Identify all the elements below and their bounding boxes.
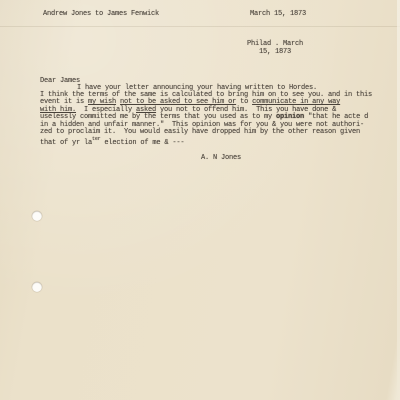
scanned-letter-page: Andrew Jones to James Fenwick March 15, … [0, 0, 400, 400]
letter-body: I have your letter announcing your havin… [40, 85, 378, 148]
catalog-header-title: Andrew Jones to James Fenwick [43, 10, 159, 18]
punch-hole-top [32, 211, 42, 221]
paper-seam-line [0, 26, 400, 27]
punch-hole-bottom [32, 282, 42, 292]
letter-body-line: that of yr later election of me & --- [40, 136, 378, 147]
letter-signature: A. N Jones [201, 154, 241, 162]
catalog-header-date: March 15, 1873 [250, 10, 306, 18]
dateline-day-year: 15, 1873 [259, 48, 291, 56]
letter-body-line: zed to proclaim it. You would easily hav… [40, 129, 378, 136]
dateline-place-month: Philad . March [247, 40, 303, 48]
letter-dateline: Philad . March 15, 1873 [225, 40, 325, 56]
